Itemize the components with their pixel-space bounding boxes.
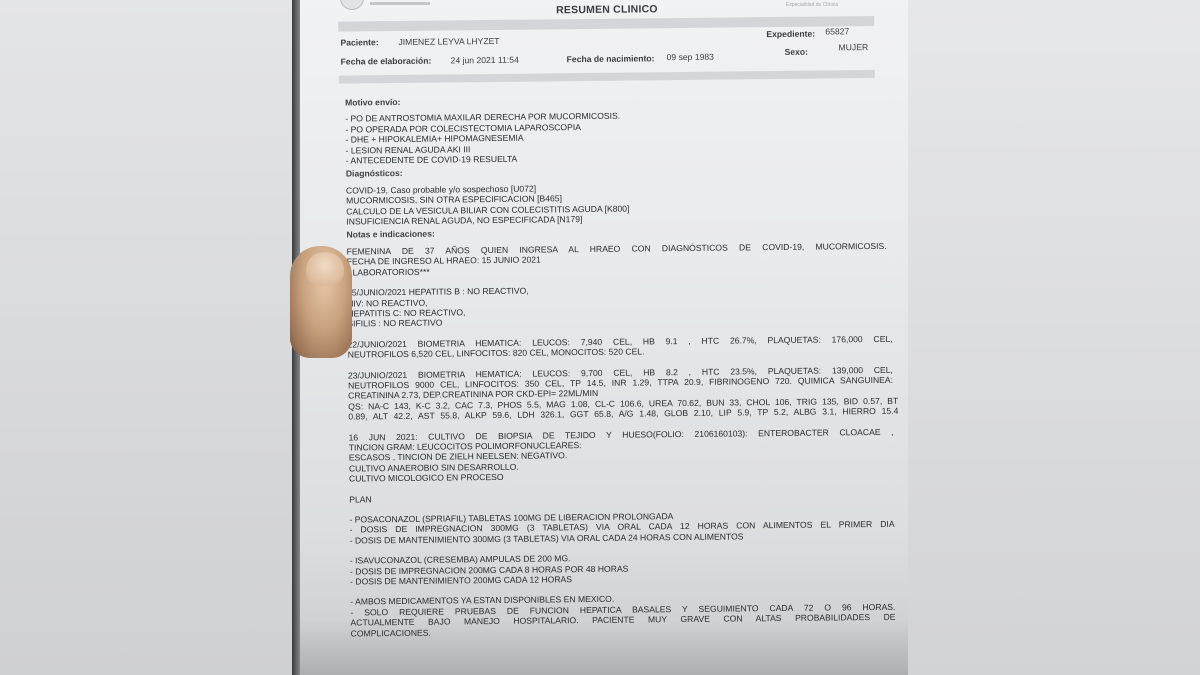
diagnosticos-label: Diagnósticos: bbox=[346, 163, 898, 179]
sex-value: MUJER bbox=[838, 42, 868, 53]
birth-date-label: Fecha de nacimiento: bbox=[567, 53, 655, 64]
motivo-label: Motivo envío: bbox=[345, 92, 897, 108]
patient-label: Paciente: bbox=[340, 37, 378, 48]
document-title: RESUMEN CLINICO bbox=[556, 4, 658, 15]
specialty-logo-text: Especialidad de Clínica bbox=[786, 2, 838, 8]
birth-date: 09 sep 1983 bbox=[667, 52, 714, 63]
blurred-background-left bbox=[0, 0, 292, 675]
record-number: 65827 bbox=[825, 26, 849, 37]
thumbnail-fingernail bbox=[306, 252, 344, 286]
elaboration-date-label: Fecha de elaboración: bbox=[341, 56, 432, 67]
elaboration-date: 24 jun 2021 11:54 bbox=[451, 55, 519, 66]
patient-name: JIMENEZ LEYVA LHYZET bbox=[398, 36, 499, 47]
motivo-section: Motivo envío: - PO DE ANTROSTOMIA MAXILA… bbox=[345, 88, 903, 639]
sex-label: Sexo: bbox=[785, 47, 809, 58]
notas-label: Notas e indicaciones: bbox=[346, 224, 898, 240]
bottom-shadow bbox=[300, 620, 908, 675]
record-label: Expediente: bbox=[766, 29, 815, 40]
blurred-background-right bbox=[908, 0, 1200, 675]
institution-logo-text bbox=[370, 2, 430, 5]
